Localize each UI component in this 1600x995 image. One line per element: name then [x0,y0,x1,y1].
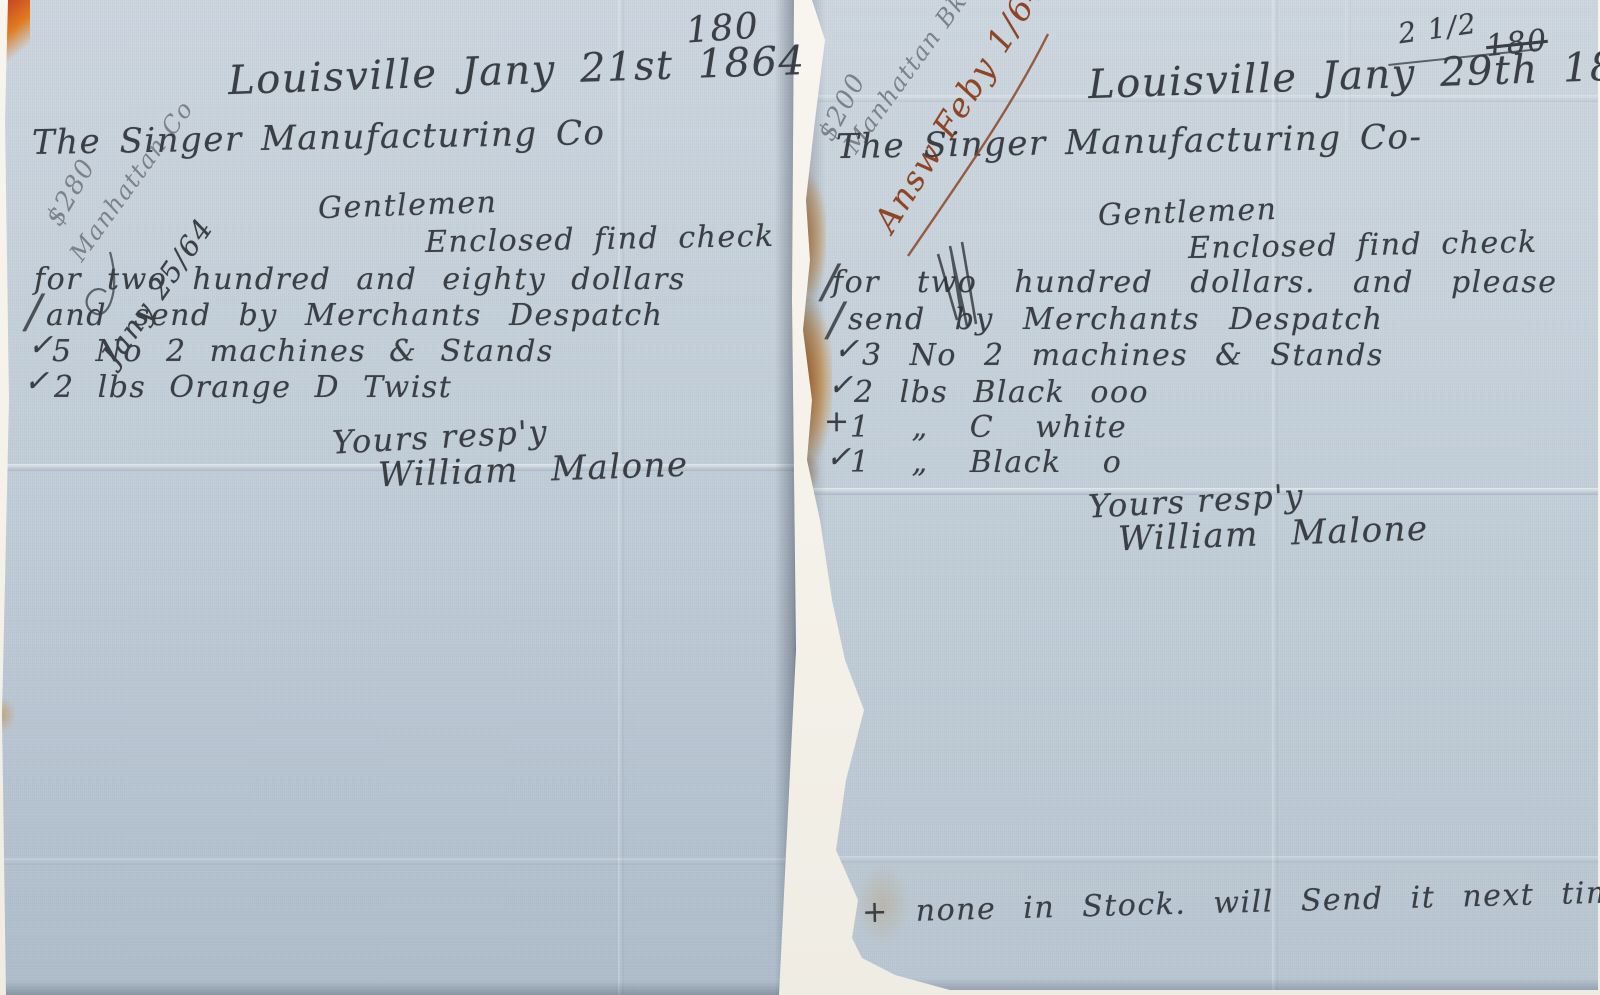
left-body-line-4: 2 lbs Orange D Twist [54,370,452,405]
left-salutation: Gentlemen [317,185,498,226]
right-opening-line: Enclosed find check [1188,225,1538,266]
right-salutation: Gentlemen [1097,192,1278,233]
right-body-line-2: send by Merchants Despatch [848,302,1384,337]
left-body-line-3: 5 No 2 machines & Stands [52,334,554,369]
scanned-letters-image: 180 $280 Manhattan Co Jany 25/64 Louisvi… [0,0,1600,995]
left-body-line-2: and send by Merchants Despatch [46,298,663,333]
right-check-mark-3: ✓ [826,440,851,475]
right-body-line-4: 2 lbs Black ooo [854,375,1149,410]
right-body-line-3: 3 No 2 machines & Stands [862,338,1384,373]
right-check-mark-1: ✓ [834,332,859,367]
right-body-line-5: 1 „ C white [850,410,1127,445]
left-check-mark-1: ✓ [28,328,53,363]
right-body-line-1: for two hundred dollars. and please [832,265,1558,300]
left-check-mark-2: ✓ [24,364,49,399]
right-check-mark-2: ✓ [828,368,853,403]
right-body-line-6: 1 „ Black o [850,445,1122,480]
left-opening-line: Enclosed find check [425,219,775,260]
right-plus-mark: + [824,404,849,439]
left-body-line-1: for two hundred and eighty dollars [34,262,686,297]
